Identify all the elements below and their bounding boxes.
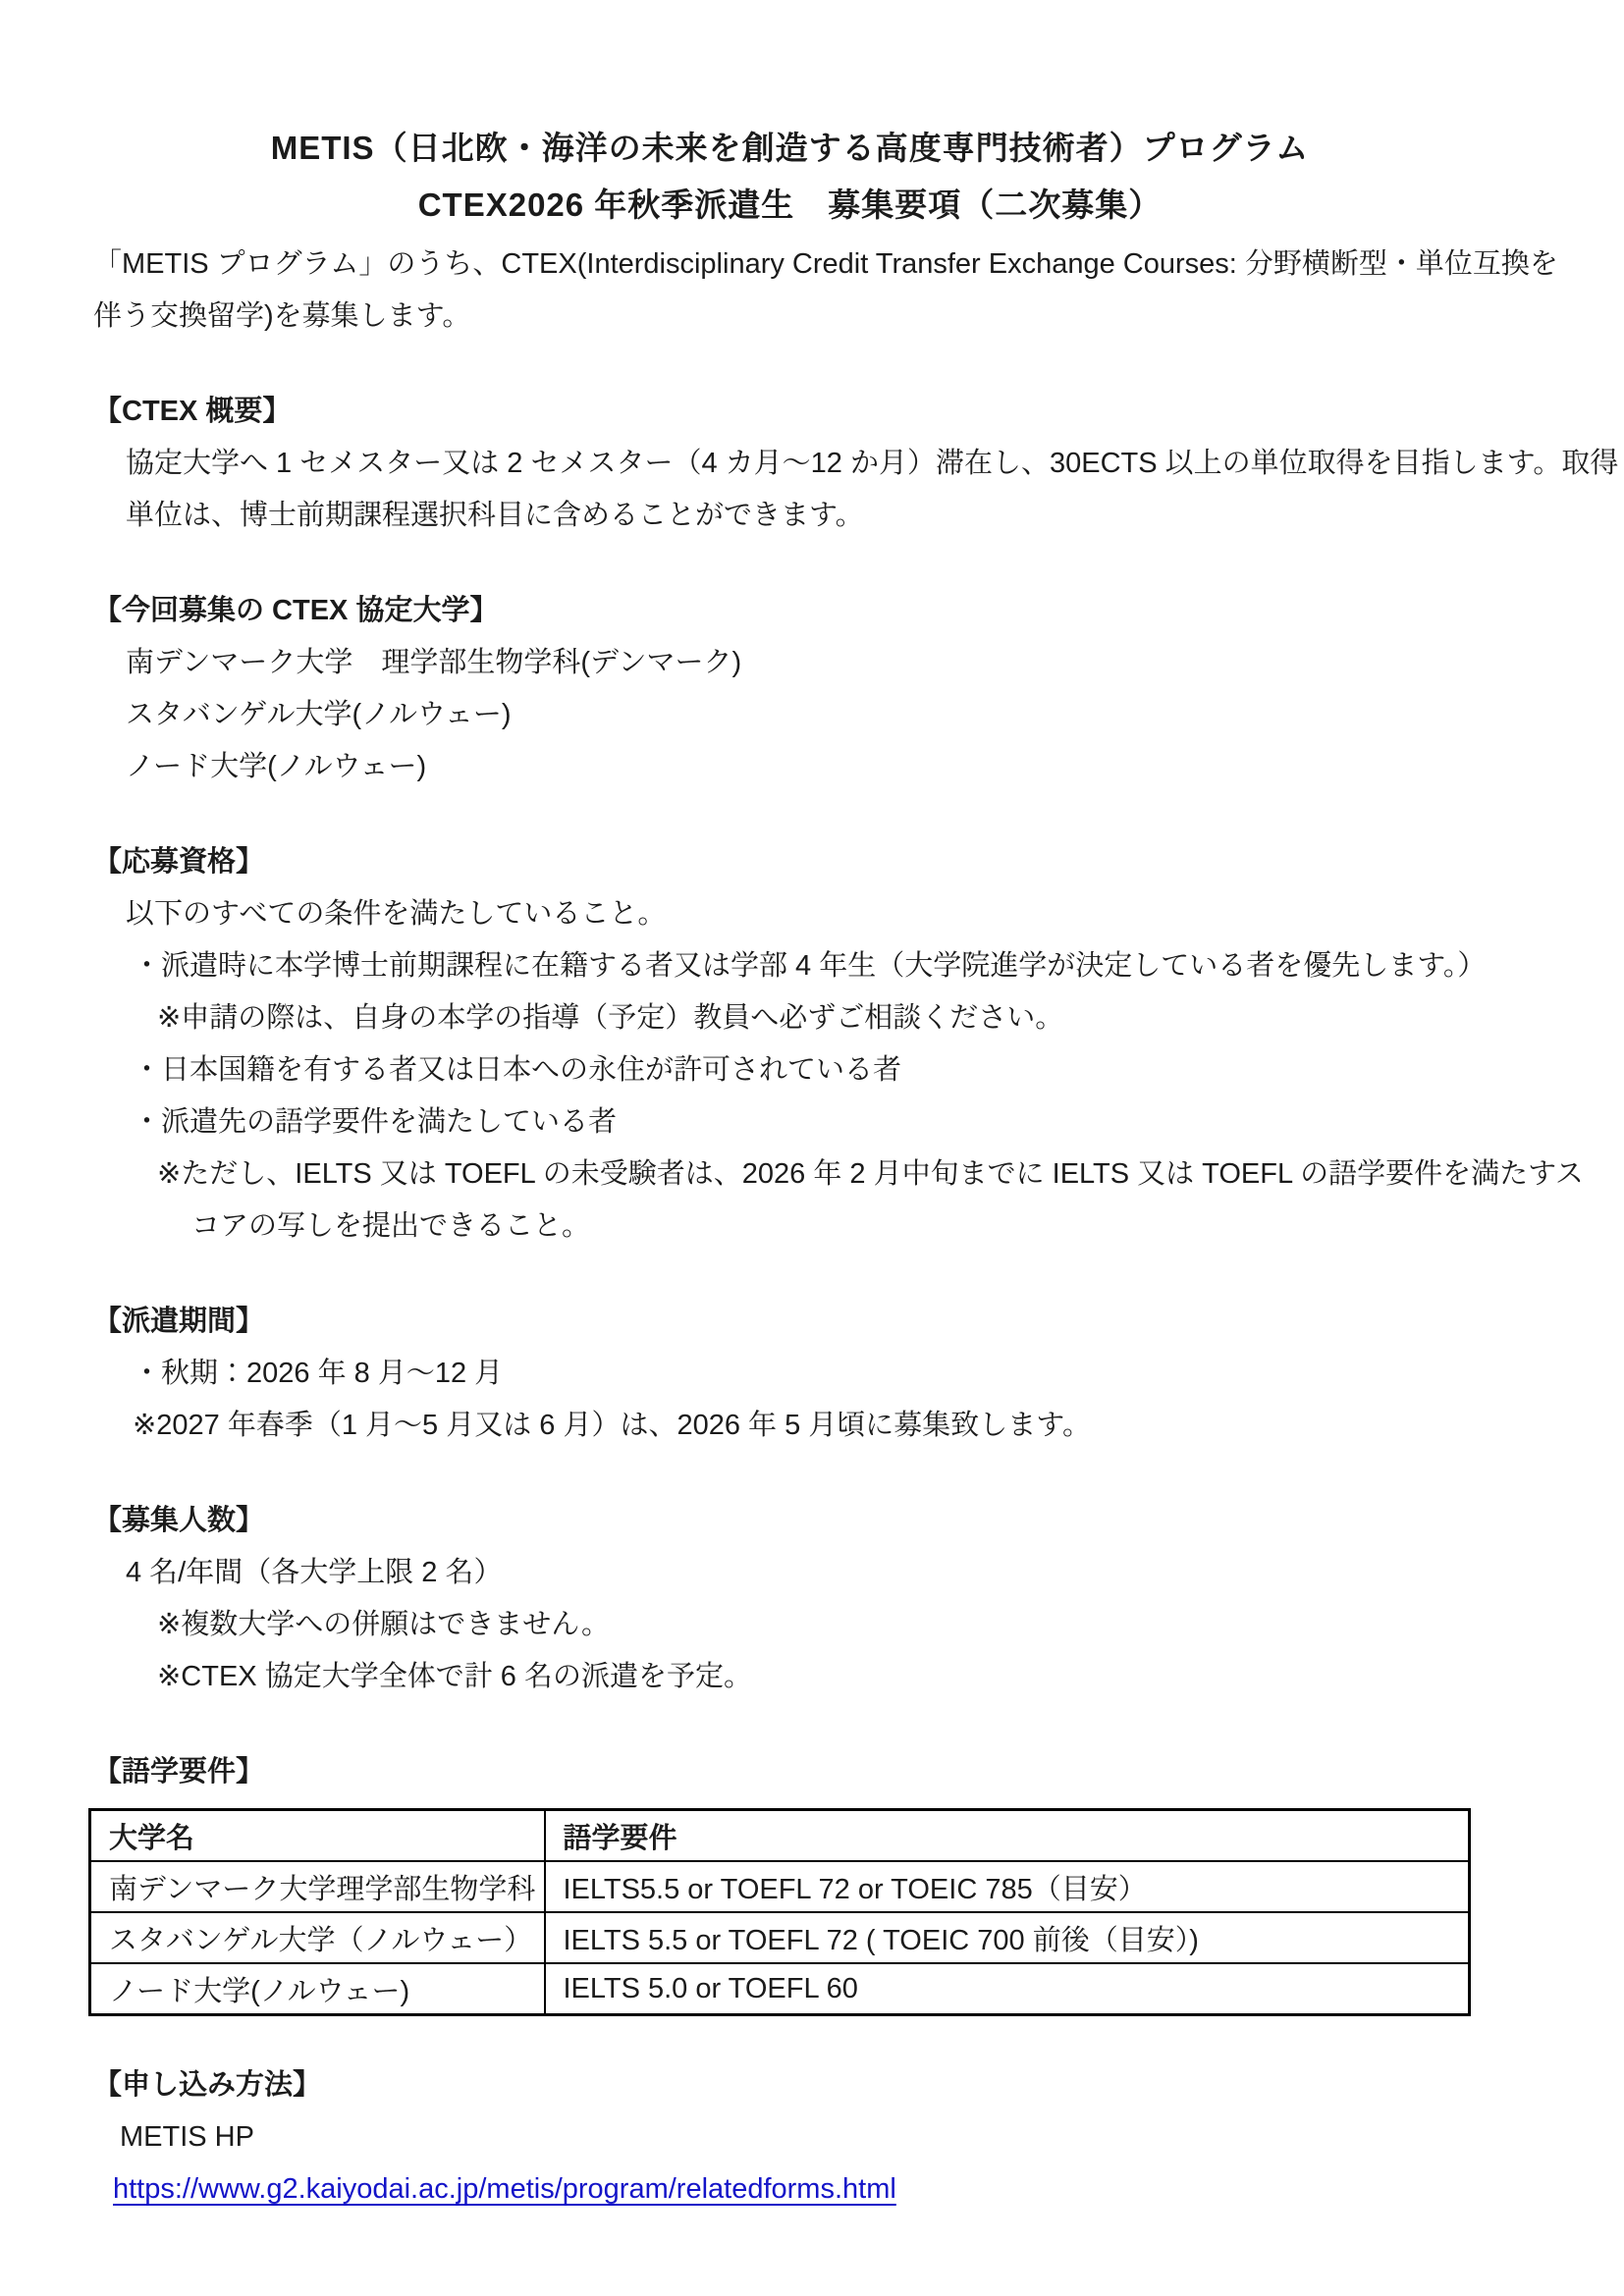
eligibility-note-1: ※申請の際は、自身の本学の指導（予定）教員へ必ずご相談ください。	[93, 992, 1487, 1044]
column-header-requirement: 語学要件	[545, 1810, 1470, 1862]
partner-university-item: スタバンゲル大学(ノルウェー)	[93, 689, 1487, 741]
table-row: 南デンマーク大学理学部生物学科 IELTS5.5 or TOEFL 72 or …	[90, 1861, 1470, 1912]
table-row: スタバンゲル大学（ノルウェー） IELTS 5.5 or TOEFL 72 ( …	[90, 1912, 1470, 1963]
application-site-label: METIS HP	[93, 2111, 1487, 2163]
overview-body-line-2: 単位は、博士前期課程選択科目に含めることができます。	[93, 490, 1487, 542]
language-requirement-cell: IELTS 5.0 or TOEFL 60	[545, 1963, 1470, 2015]
capacity-note-2: ※CTEX 協定大学全体で計 6 名の派遣を予定。	[93, 1651, 1487, 1703]
partner-university-item: 南デンマーク大学 理学部生物学科(デンマーク)	[93, 637, 1487, 689]
section-heading-application: 【申し込み方法】	[93, 2059, 1487, 2111]
language-requirement-cell: IELTS 5.5 or TOEFL 72 ( TOEIC 700 前後（目安）…	[545, 1912, 1470, 1963]
period-item: ・秋期：2026 年 8 月～12 月	[93, 1348, 1487, 1400]
university-name-cell: ノード大学(ノルウェー)	[90, 1963, 545, 2015]
eligibility-note-2-line-1: ※ただし、IELTS 又は TOEFL の未受験者は、2026 年 2 月中旬ま…	[93, 1148, 1487, 1201]
document-title-line-1: METIS（日北欧・海洋の未来を創造する高度専門技術者）プログラム	[93, 120, 1487, 177]
language-requirements-table: 大学名 語学要件 南デンマーク大学理学部生物学科 IELTS5.5 or TOE…	[88, 1808, 1471, 2016]
table-header-row: 大学名 語学要件	[90, 1810, 1470, 1862]
eligibility-item-3: ・派遣先の語学要件を満たしている者	[93, 1096, 1487, 1148]
section-heading-partners: 【今回募集の CTEX 協定大学】	[93, 585, 1487, 637]
section-heading-language: 【語学要件】	[93, 1746, 1487, 1798]
metis-url-link[interactable]: https://www.g2.kaiyodai.ac.jp/metis/prog…	[113, 2173, 896, 2205]
period-note: ※2027 年春季（1 月～5 月又は 6 月）は、2026 年 5 月頃に募集…	[93, 1400, 1487, 1452]
eligibility-item-1: ・派遣時に本学博士前期課程に在籍する者又は学部 4 年生（大学院進学が決定してい…	[93, 940, 1487, 992]
document-page: METIS（日北欧・海洋の未来を創造する高度専門技術者）プログラム CTEX20…	[0, 0, 1624, 2296]
university-name-cell: 南デンマーク大学理学部生物学科	[90, 1861, 545, 1912]
section-heading-eligibility: 【応募資格】	[93, 836, 1487, 888]
section-heading-capacity: 【募集人数】	[93, 1495, 1487, 1547]
partner-university-item: ノード大学(ノルウェー)	[93, 741, 1487, 793]
application-url-line: https://www.g2.kaiyodai.ac.jp/metis/prog…	[93, 2163, 1487, 2216]
overview-body-line-1: 協定大学へ 1 セメスター又は 2 セメスター（4 カ月～12 か月）滞在し、3…	[93, 438, 1487, 490]
university-name-cell: スタバンゲル大学（ノルウェー）	[90, 1912, 545, 1963]
section-heading-overview: 【CTEX 概要】	[93, 386, 1487, 438]
section-heading-period: 【派遣期間】	[93, 1296, 1487, 1348]
intro-line-1: 「METIS プログラム」のうち、CTEX(Interdisciplinary …	[93, 239, 1487, 291]
capacity-note-1: ※複数大学への併願はできません。	[93, 1599, 1487, 1651]
table-row: ノード大学(ノルウェー) IELTS 5.0 or TOEFL 60	[90, 1963, 1470, 2015]
column-header-university: 大学名	[90, 1810, 545, 1862]
capacity-lead: 4 名/年間（各大学上限 2 名）	[93, 1547, 1487, 1599]
eligibility-item-2: ・日本国籍を有する者又は日本への永住が許可されている者	[93, 1044, 1487, 1096]
language-requirement-cell: IELTS5.5 or TOEFL 72 or TOEIC 785（目安）	[545, 1861, 1470, 1912]
eligibility-lead: 以下のすべての条件を満たしていること。	[93, 888, 1487, 940]
document-title-line-2: CTEX2026 年秋季派遣生 募集要項（二次募集）	[93, 177, 1487, 234]
intro-line-2: 伴う交換留学)を募集します。	[93, 291, 1487, 343]
eligibility-note-2-line-2: コアの写しを提出できること。	[93, 1201, 1487, 1253]
